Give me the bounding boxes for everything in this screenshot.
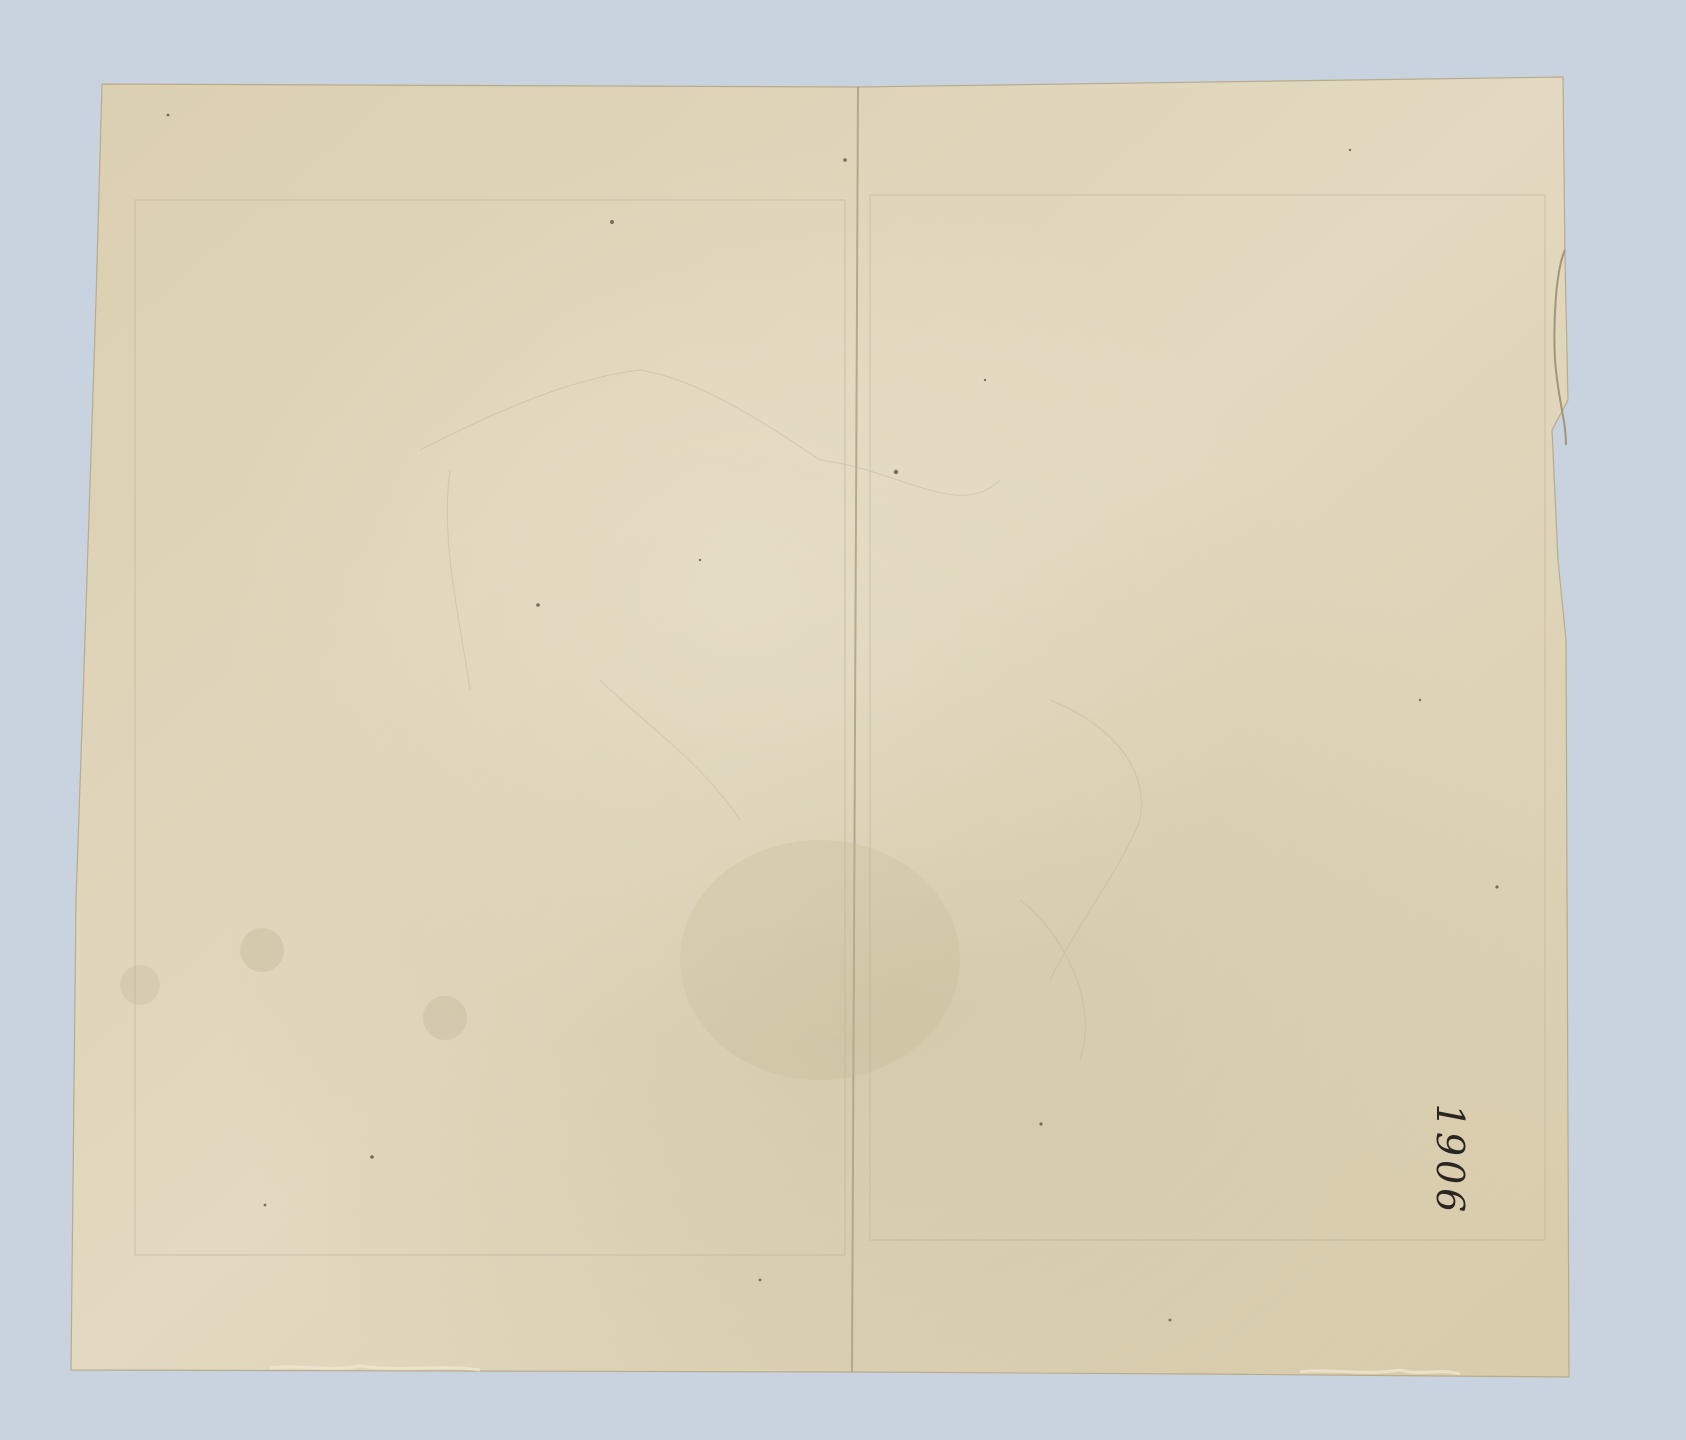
- stain: [680, 840, 960, 1080]
- handwritten-year: 1906: [1430, 1095, 1470, 1225]
- photo-scene: 1906: [0, 0, 1686, 1440]
- stain: [240, 928, 284, 972]
- stain: [120, 965, 160, 1005]
- stain: [423, 996, 467, 1040]
